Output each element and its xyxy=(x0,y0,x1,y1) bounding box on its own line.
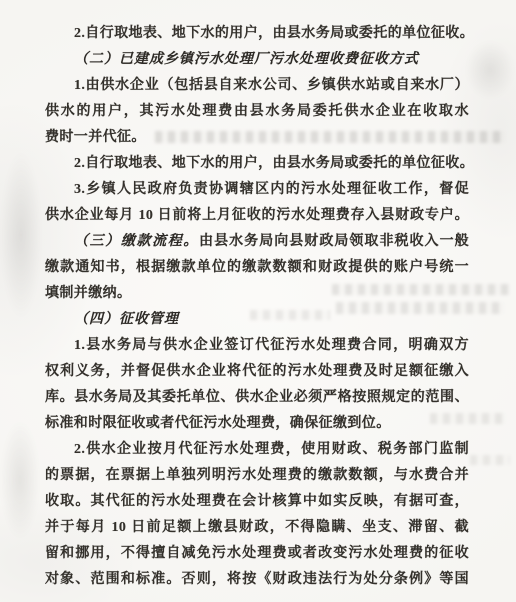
inline-heading: （三）缴款流程。 xyxy=(74,234,199,249)
text-line: 供水的用户，其污水处理费由县水务局委托供水企业在收取水 xyxy=(45,99,469,125)
text-line: 2.自行取地表、地下水的用户，由县水务局或委托的单位征收。 xyxy=(45,21,469,47)
text-line: 3.乡镇人民政府负责协调辖区内的污水处理征收工作，督促 xyxy=(45,177,469,203)
text-line: （二）已建成乡镇污水处理厂污水处理收费征收方式 xyxy=(45,47,469,73)
text-line: 库。县水务局及其委托单位、供水企业必须严格按照规定的范围、 xyxy=(45,385,469,411)
text-line: 留和挪用，不得擅自减免污水处理费或者改变污水处理费的征收 xyxy=(45,541,469,567)
text-line: 标准和时限征收或者代征污水处理费，确保征缴到位。 xyxy=(45,411,469,437)
text-line: （三）缴款流程。由县水务局向县财政局领取非税收入一般 xyxy=(45,229,469,255)
scanner-smudge xyxy=(0,150,42,320)
text-line: 对象、范围和标准。否则，将按《财政违法行为处分条例》等国 xyxy=(45,567,469,593)
text-line: 2.供水企业按月代征污水处理费，使用财政、税务部门监制 xyxy=(45,437,469,463)
text-line: 权利义务，并督促供水企业将代征的污水处理费及时足额征缴入 xyxy=(45,359,469,385)
text-line: 收取。其代征的污水处理费在会计核算中如实反映，有据可查， xyxy=(45,489,469,515)
scanner-smudge xyxy=(465,40,515,100)
text-line: 2.自行取地表、地下水的用户，由县水务局或委托的单位征收。 xyxy=(45,151,469,177)
text-line: 1.由供水企业（包括县自来水公司、乡镇供水站或自来水厂） xyxy=(45,73,469,99)
text-run: 由县水务局向县财政局领取非税收入一般 xyxy=(199,234,469,249)
bleed-through-smudge xyxy=(470,455,510,465)
document-text-block: 2.自行取地表、地下水的用户，由县水务局或委托的单位征收。（二）已建成乡镇污水处… xyxy=(45,21,469,593)
text-line: 的票据，在票据上单独列明污水处理费的缴款数额，与水费合并 xyxy=(45,463,469,489)
text-line: 缴款通知书，根据缴款单位的缴款数额和财政提供的账户号统一 xyxy=(45,255,469,281)
text-line: 填制并缴纳。 xyxy=(45,281,469,307)
text-line: （四）征收管理 xyxy=(45,307,469,333)
text-line: 并于每月 10 日前足额上缴县财政，不得隐瞒、坐支、滞留、截 xyxy=(45,515,469,541)
document-page: 2.自行取地表、地下水的用户，由县水务局或委托的单位征收。（二）已建成乡镇污水处… xyxy=(0,0,516,602)
text-line: 供水企业每月 10 日前将上月征收的污水处理费存入县财政专户。 xyxy=(45,203,469,229)
text-line: 1.县水务局与供水企业签订代征污水处理费合同，明确双方 xyxy=(45,333,469,359)
scanner-smudge xyxy=(0,420,40,540)
text-line: 费时一并代征。 xyxy=(45,125,469,151)
